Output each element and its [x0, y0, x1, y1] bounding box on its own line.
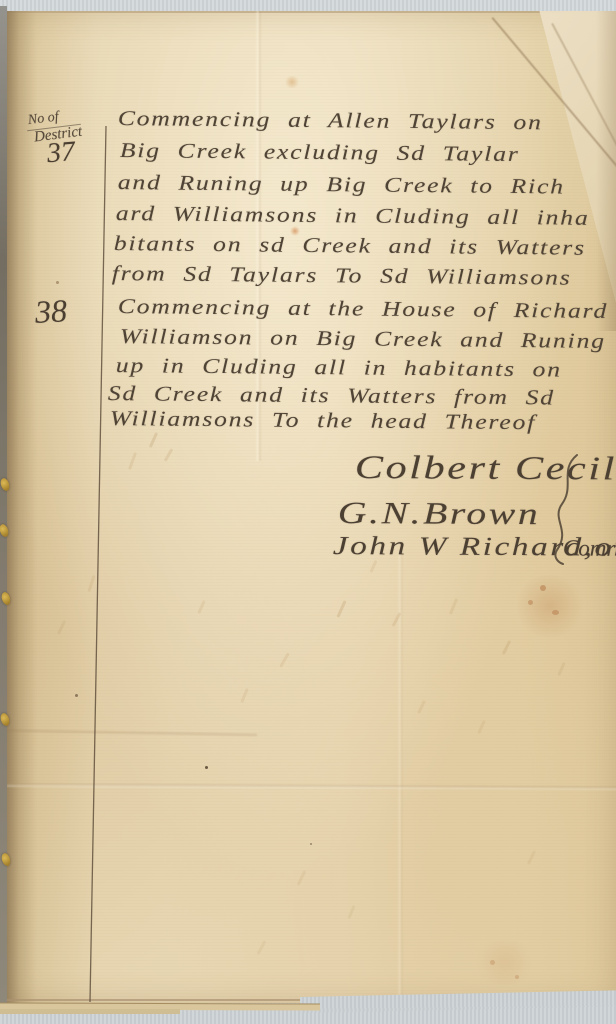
entry-line: ard Williamsons in Cluding all inha: [116, 201, 590, 231]
scanned-ledger-document: No of Destrict 37 38 Commencing at Allen…: [0, 0, 616, 1024]
signature-name: Colbert Cecil: [355, 450, 616, 488]
underlying-sheet-edge: [0, 1009, 180, 1014]
ledger-page: No of Destrict 37 38 Commencing at Allen…: [7, 11, 616, 1003]
ink-dot: [310, 843, 312, 845]
district-number: 37: [46, 136, 77, 170]
stain: [513, 575, 587, 637]
stain: [284, 76, 300, 88]
stain: [470, 940, 540, 985]
stain-speck: [515, 975, 519, 979]
stain-speck: [490, 960, 495, 965]
commissioner-title: Comr: [563, 535, 616, 560]
entry-line: and Runing up Big Creek to Rich: [118, 170, 565, 199]
page-right-edge-shadow: [596, 11, 616, 331]
entry-line: from Sd Taylars To Sd Williamsons: [112, 261, 572, 291]
entry-line: Commencing at Allen Taylars on: [118, 106, 543, 135]
entry-line: Williamsons To the head Thereof: [110, 406, 537, 435]
ink-dot: [56, 281, 59, 284]
entry-line: Commencing at the House of Richard: [118, 294, 609, 324]
ink-dot: [205, 766, 208, 769]
stain-speck: [552, 610, 559, 615]
entry-line: bitants on sd Creek and its Watters: [114, 231, 586, 261]
entry-line: Williamson on Big Creek and Runing: [120, 324, 606, 354]
entry-line: Big Creek excluding Sd Taylar: [120, 138, 520, 167]
commissioner-abbreviation: Comrs: [563, 535, 616, 562]
stain-speck: [528, 600, 533, 605]
entry-line: up in Cluding all in habitants on: [116, 353, 562, 382]
district-number: 38: [34, 292, 68, 331]
signature-name: G.N.Brown: [338, 495, 541, 532]
ink-dot: [75, 694, 78, 697]
stain-speck: [540, 585, 546, 591]
